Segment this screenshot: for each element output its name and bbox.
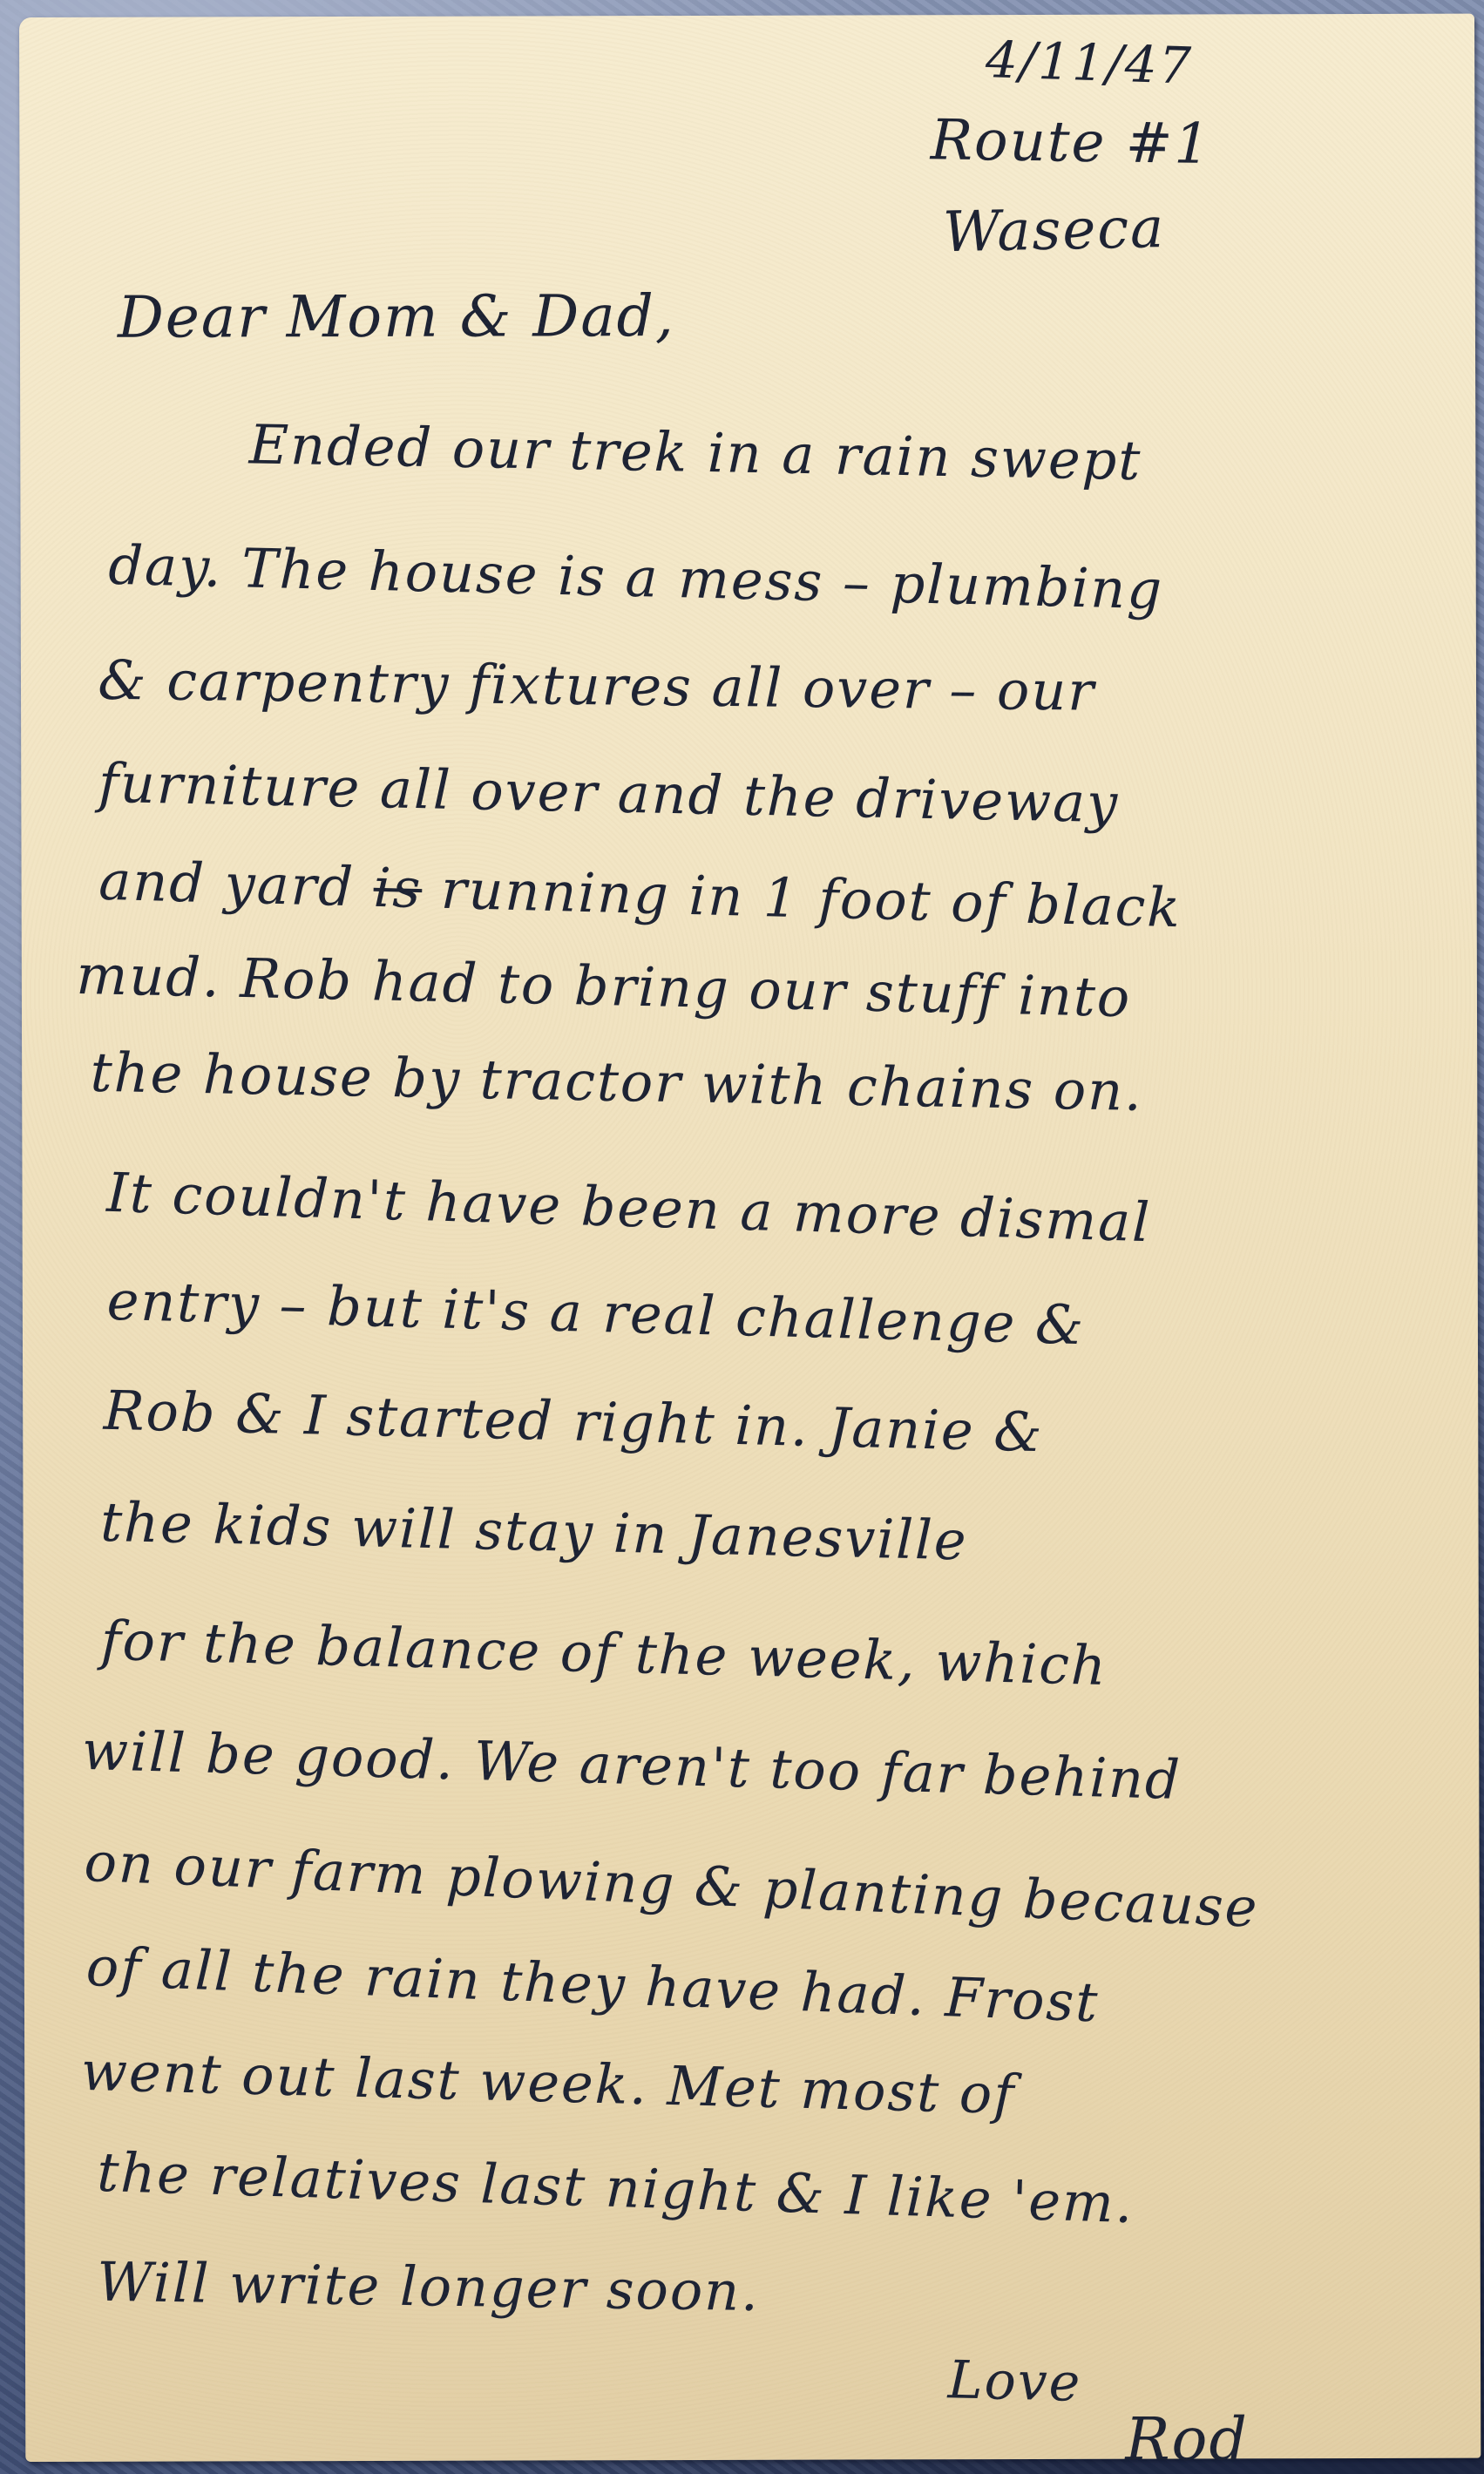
body-line-2: day. The house is a mess – plumbing (108, 539, 1164, 618)
body-line-5-end: running in 1 foot of black (440, 857, 1182, 939)
address-route: Route #1 (930, 112, 1211, 173)
body-line-11: the kids will stay in Janesville (100, 1495, 969, 1569)
body-line-15: of all the rain they have had. Frost (85, 1940, 1100, 2030)
address-town: Waseca (942, 200, 1165, 261)
postcard: 4/11/47 Route #1 Waseca Dear Mom & Dad, … (19, 14, 1481, 2462)
body-line-12: for the balance of the week, which (100, 1614, 1108, 1693)
letter-body: Ended our trek in a rain swept day. The … (19, 14, 1474, 17)
body-line-3: & carpentry fixtures all over – our (98, 654, 1095, 719)
body-line-7: the house by tractor with chains on. (90, 1046, 1143, 1119)
body-line-1: Ended our trek in a rain swept (248, 417, 1142, 488)
body-line-18: Will write longer soon. (97, 2255, 760, 2319)
closing: Love (947, 2354, 1082, 2410)
body-line-8: It couldn't have been a more dismal (106, 1166, 1152, 1250)
body-line-4: furniture all over and the driveway (98, 756, 1119, 830)
body-line-14: on our farm plowing & planting because (84, 1835, 1260, 1935)
body-line-5-start: and yard (98, 849, 356, 918)
body-line-6: mud. Rob had to bring our stuff into (76, 948, 1132, 1025)
salutation: Dear Mom & Dad, (118, 288, 675, 347)
body-line-17: the relatives last night & I like 'em. (97, 2145, 1135, 2231)
body-line-5: and yard is running in 1 foot of black (98, 854, 1182, 935)
body-line-13: will be good. We aren't too far behind (81, 1724, 1182, 1807)
struck-word: is (373, 856, 423, 920)
letter-date: 4/11/47 (985, 34, 1193, 92)
body-line-16: went out last week. Met most of (80, 2044, 1016, 2122)
body-line-10: Rob & I started right in. Janie & (103, 1384, 1044, 1460)
body-line-9: entry – but it's a real challenge & (106, 1274, 1086, 1352)
signature: Rod (1125, 2410, 1249, 2470)
